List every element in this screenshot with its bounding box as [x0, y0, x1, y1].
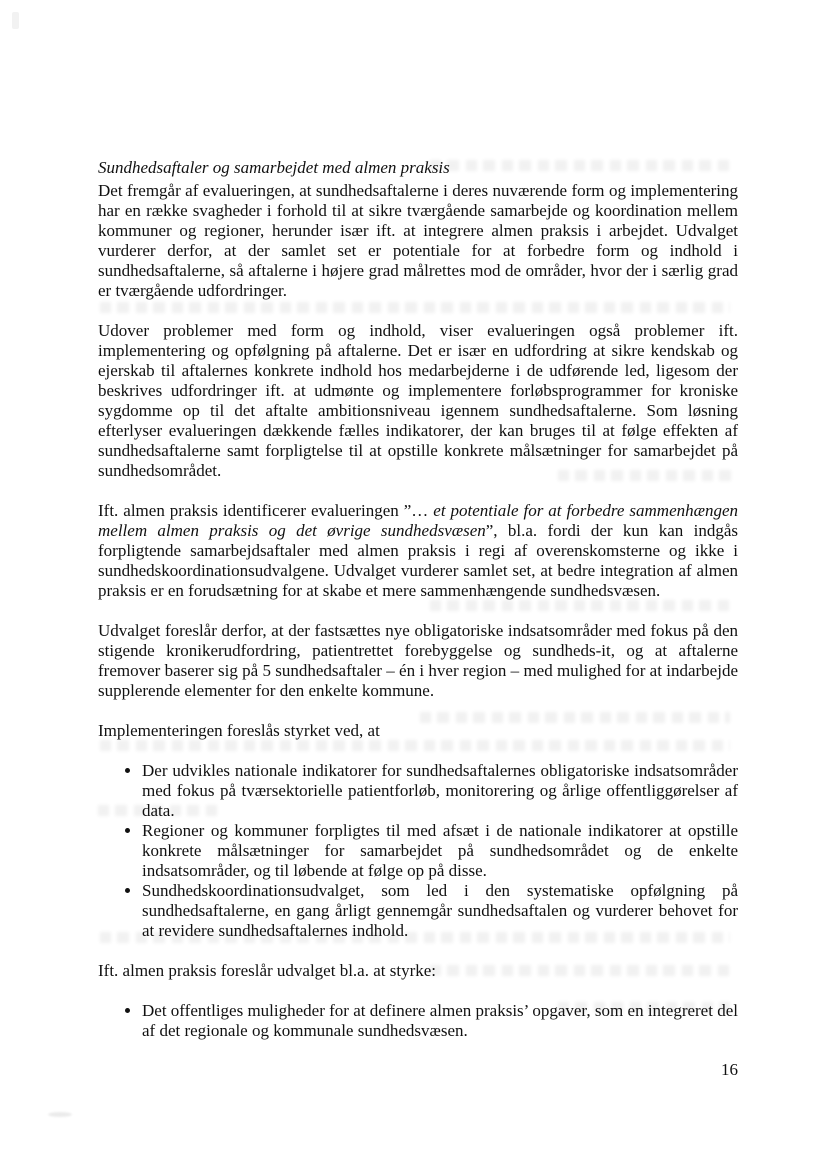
scanned-document-page: Sundhedsaftaler og samarbejdet med almen… — [0, 0, 826, 1169]
paragraph-implementation-problems: Udover problemer med form og indhold, vi… — [98, 321, 738, 481]
implementation-bullet-list: Der udvikles nationale indikatorer for s… — [98, 761, 738, 941]
bullet-item-public-definition: Det offentliges muligheder for at define… — [142, 1001, 738, 1041]
bullet-item-coordination-committee: Sundhedskoordinationsudvalget, som led i… — [142, 881, 738, 941]
quote-lead-in: Ift. almen praksis identificerer evaluer… — [98, 501, 433, 520]
almen-praksis-bullet-list: Det offentliges muligheder for at define… — [98, 1001, 738, 1041]
paragraph-implementation-intro: Implementeringen foreslås styrket ved, a… — [98, 721, 738, 741]
paragraph-almen-praksis-quote: Ift. almen praksis identificerer evaluer… — [98, 501, 738, 601]
bullet-item-national-indicators: Der udvikles nationale indikatorer for s… — [142, 761, 738, 821]
scan-smudge-artifact — [48, 1112, 72, 1117]
page-number: 16 — [721, 1060, 738, 1080]
bullet-item-regions-municipalities: Regioner og kommuner forpligtes til med … — [142, 821, 738, 881]
paragraph-evaluation-findings: Det fremgår af evalueringen, at sundheds… — [98, 181, 738, 301]
paragraph-udvalget-proposal: Udvalget foreslår derfor, at der fastsæt… — [98, 621, 738, 701]
paragraph-almen-praksis-intro: Ift. almen praksis foreslår udvalget bl.… — [98, 961, 738, 981]
page-content: Sundhedsaftaler og samarbejdet med almen… — [98, 158, 738, 1041]
section-heading: Sundhedsaftaler og samarbejdet med almen… — [98, 158, 738, 178]
scan-smudge-artifact — [12, 12, 19, 29]
